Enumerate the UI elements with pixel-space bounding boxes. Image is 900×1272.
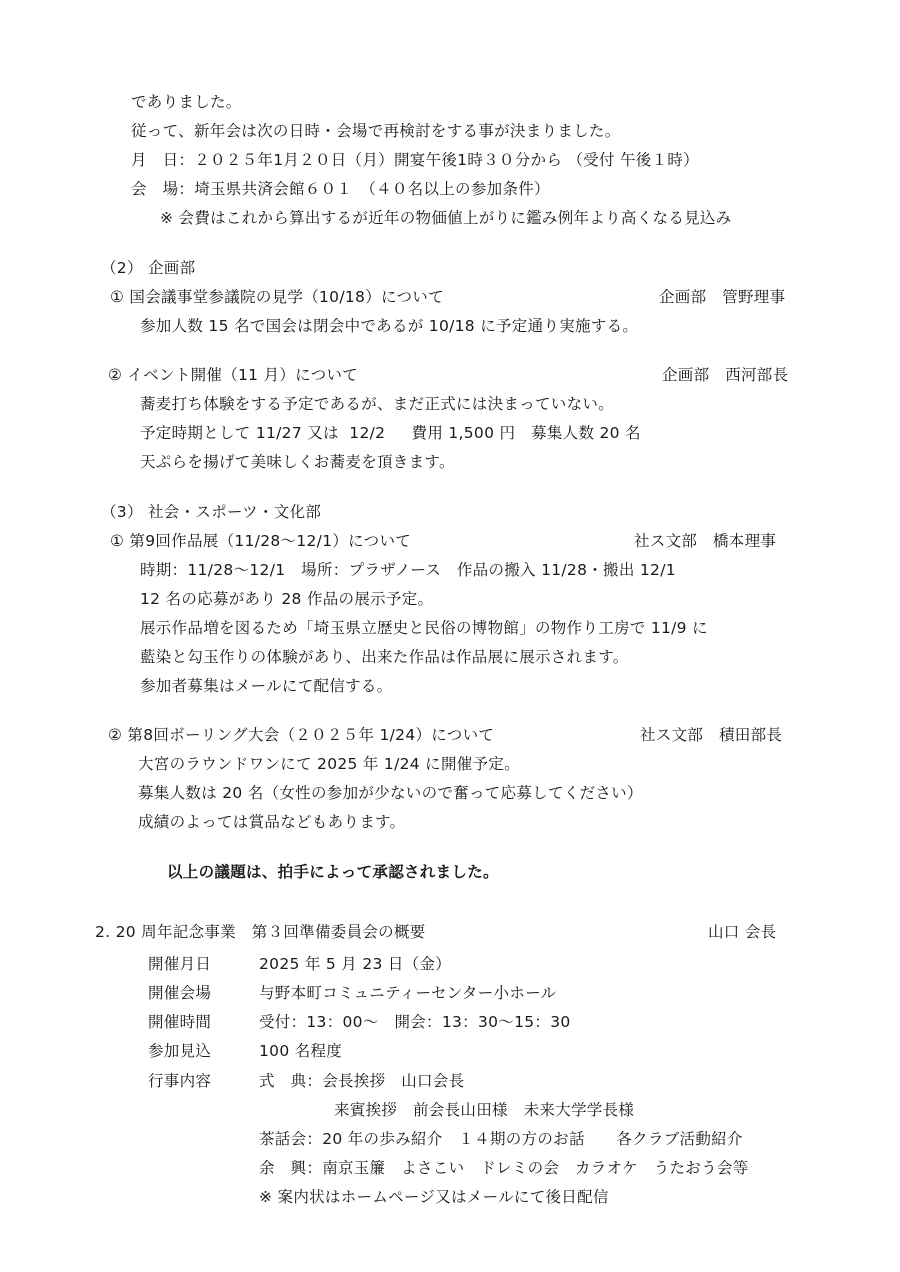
item-title: ② イベント開催（11 月）について — [108, 365, 358, 385]
item-line: 天ぷらを揚げて美味しくお蕎麦を頂きます。 — [140, 452, 455, 472]
row-value: 100 名程度 — [259, 1041, 342, 1061]
item-line: 募集人数は 20 名（女性の参加が少ないので奮って応募してください） — [138, 783, 643, 803]
item-line: 展示作品増を図るため「埼玉県立歴史と民俗の博物館」の物作り工房で 11/9 に — [140, 618, 708, 638]
item-title: ② 第8回ボーリング大会（２０２５年 1/24）について — [108, 725, 494, 745]
item-title: ① 第9回作品展（11/28～12/1）について — [110, 531, 411, 551]
section-owner: 山口 会長 — [708, 922, 776, 942]
row-label: 開催月日 — [148, 954, 211, 974]
item-owner: 社ス文部 積田部長 — [640, 725, 782, 745]
intro-date-line: 月 日：２０２５年1月２０日（月）開宴午後1時３０分から （受付 午後１時） — [131, 150, 699, 170]
section-heading-planning: （2） 企画部 — [101, 258, 195, 278]
item-line: 時期：11/28～12/1 場所：プラザノース 作品の搬入 11/28・搬出 1… — [140, 560, 676, 580]
intro-venue-line: 会 場：埼玉県共済会館６０１ （４０名以上の参加条件） — [131, 179, 550, 199]
program-line: 来賓挨拶 前会長山田様 未来大学学長様 — [334, 1100, 634, 1120]
row-label: 参加見込 — [148, 1041, 211, 1061]
approval-statement: 以上の議題は、拍手によって承認されました。 — [167, 862, 499, 882]
item-owner: 社ス文部 橋本理事 — [634, 531, 776, 551]
program-line: 茶話会：20 年の歩み紹介 １４期の方のお話 各クラブ活動紹介 — [259, 1129, 743, 1149]
row-label: 開催会場 — [148, 983, 211, 1003]
item-line: 12 名の応募があり 28 作品の展示予定。 — [140, 589, 433, 609]
item-line: 藍染と勾玉作りの体験があり、出来た作品は作品展に展示されます。 — [140, 647, 629, 667]
row-value: 式 典：会長挨拶 山口会長 — [259, 1071, 464, 1091]
program-line: 余 興：南京玉簾 よさこい ドレミの会 カラオケ うたおう会等 — [259, 1158, 749, 1178]
row-label: 行事内容 — [148, 1071, 211, 1091]
intro-line: 従って、新年会は次の日時・会場で再検討をする事が決まりました。 — [131, 121, 621, 141]
row-label: 開催時間 — [148, 1012, 211, 1032]
item-line: 予定時期として 11/27 又は 12/2 費用 1,500 円 募集人数 20… — [140, 423, 641, 443]
item-owner: 企画部 管野理事 — [659, 287, 785, 307]
section-heading-social: （3） 社会・スポーツ・文化部 — [101, 502, 321, 522]
row-value: 受付：13：00～ 開会：13：30～15：30 — [259, 1012, 571, 1032]
row-value: 2025 年 5 月 23 日（金） — [259, 954, 451, 974]
item-line: 蕎麦打ち体験をする予定であるが、まだ正式には決まっていない。 — [140, 394, 614, 414]
item-line: 成績のよっては賞品などもあります。 — [138, 812, 405, 832]
item-line: 大宮のラウンドワンにて 2025 年 1/24 に開催予定。 — [138, 754, 520, 774]
item-owner: 企画部 西河部長 — [662, 365, 788, 385]
item-line: 参加者募集はメールにて配信する。 — [140, 676, 393, 696]
program-note: ※ 案内状はホームページ又はメールにて後日配信 — [259, 1187, 609, 1207]
section-heading-20th: 2. 20 周年記念事業 第３回準備委員会の概要 — [95, 922, 426, 942]
item-title: ① 国会議事堂参議院の見学（10/18）について — [110, 287, 444, 307]
row-value: 与野本町コミュニティーセンター小ホール — [259, 983, 556, 1003]
item-line: 参加人数 15 名で国会は閉会中であるが 10/18 に予定通り実施する。 — [140, 316, 638, 336]
intro-line: でありました。 — [131, 92, 242, 112]
intro-note-line: ※ 会費はこれから算出するが近年の物価値上がりに鑑み例年より高くなる見込み — [160, 208, 732, 228]
